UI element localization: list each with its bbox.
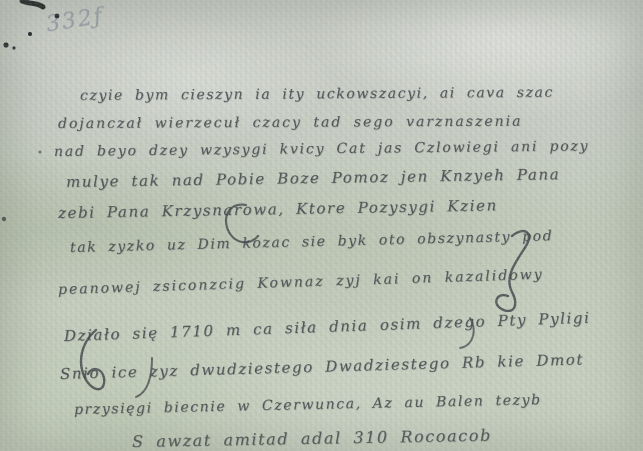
ink-blot: [22, 1, 43, 7]
handwriting-line: czyie bym cieszyn ia ity uckowszacyi, ai…: [80, 85, 554, 104]
ink-speck: [12, 46, 15, 49]
ink-speck: [2, 217, 6, 221]
archive-number: 332ƒ: [44, 4, 105, 38]
ink-speck: [39, 151, 42, 154]
handwriting-line: dojanczał wierzecuł czacy tad sego varzn…: [58, 114, 523, 132]
handwriting-line: Snio ice zyz dwudziestego Dwadziestego R…: [60, 350, 585, 383]
manuscript-scan: 332ƒ czyie bym cieszyn ia ity uckowszacy…: [0, 0, 643, 451]
handwriting-line: przysięgi biecnie w Czerwunca, Az au Bal…: [74, 392, 542, 418]
paper-grain-texture: [0, 0, 643, 451]
handwriting-line: Działo się 1710 m ca siła dnia osim dzeg…: [64, 309, 591, 345]
handwriting-line: nad beyo dzey wzysygi kvicy Cat jas Czlo…: [54, 138, 590, 160]
ink-speck: [28, 32, 32, 36]
ink-speck: [3, 42, 8, 47]
paper-edge-vignette: [0, 0, 643, 451]
handwriting-line: S awzat amitad adal 310 Rocoacob: [132, 426, 492, 451]
handwriting-line: tak zyzko uz Dim kozac sie byk oto obszy…: [70, 228, 554, 256]
handwriting-line: zebi Pana Krzysnarowa, Ktore Pozysygi Kz…: [58, 196, 498, 222]
handwriting-line: mulye tak nad Pobie Boze Pomoz jen Knzye…: [66, 165, 561, 191]
ink-flourishes: [0, 0, 643, 451]
handwriting-line: peanowej zsiconzcig Kownaz zyj kai on ka…: [58, 267, 544, 298]
